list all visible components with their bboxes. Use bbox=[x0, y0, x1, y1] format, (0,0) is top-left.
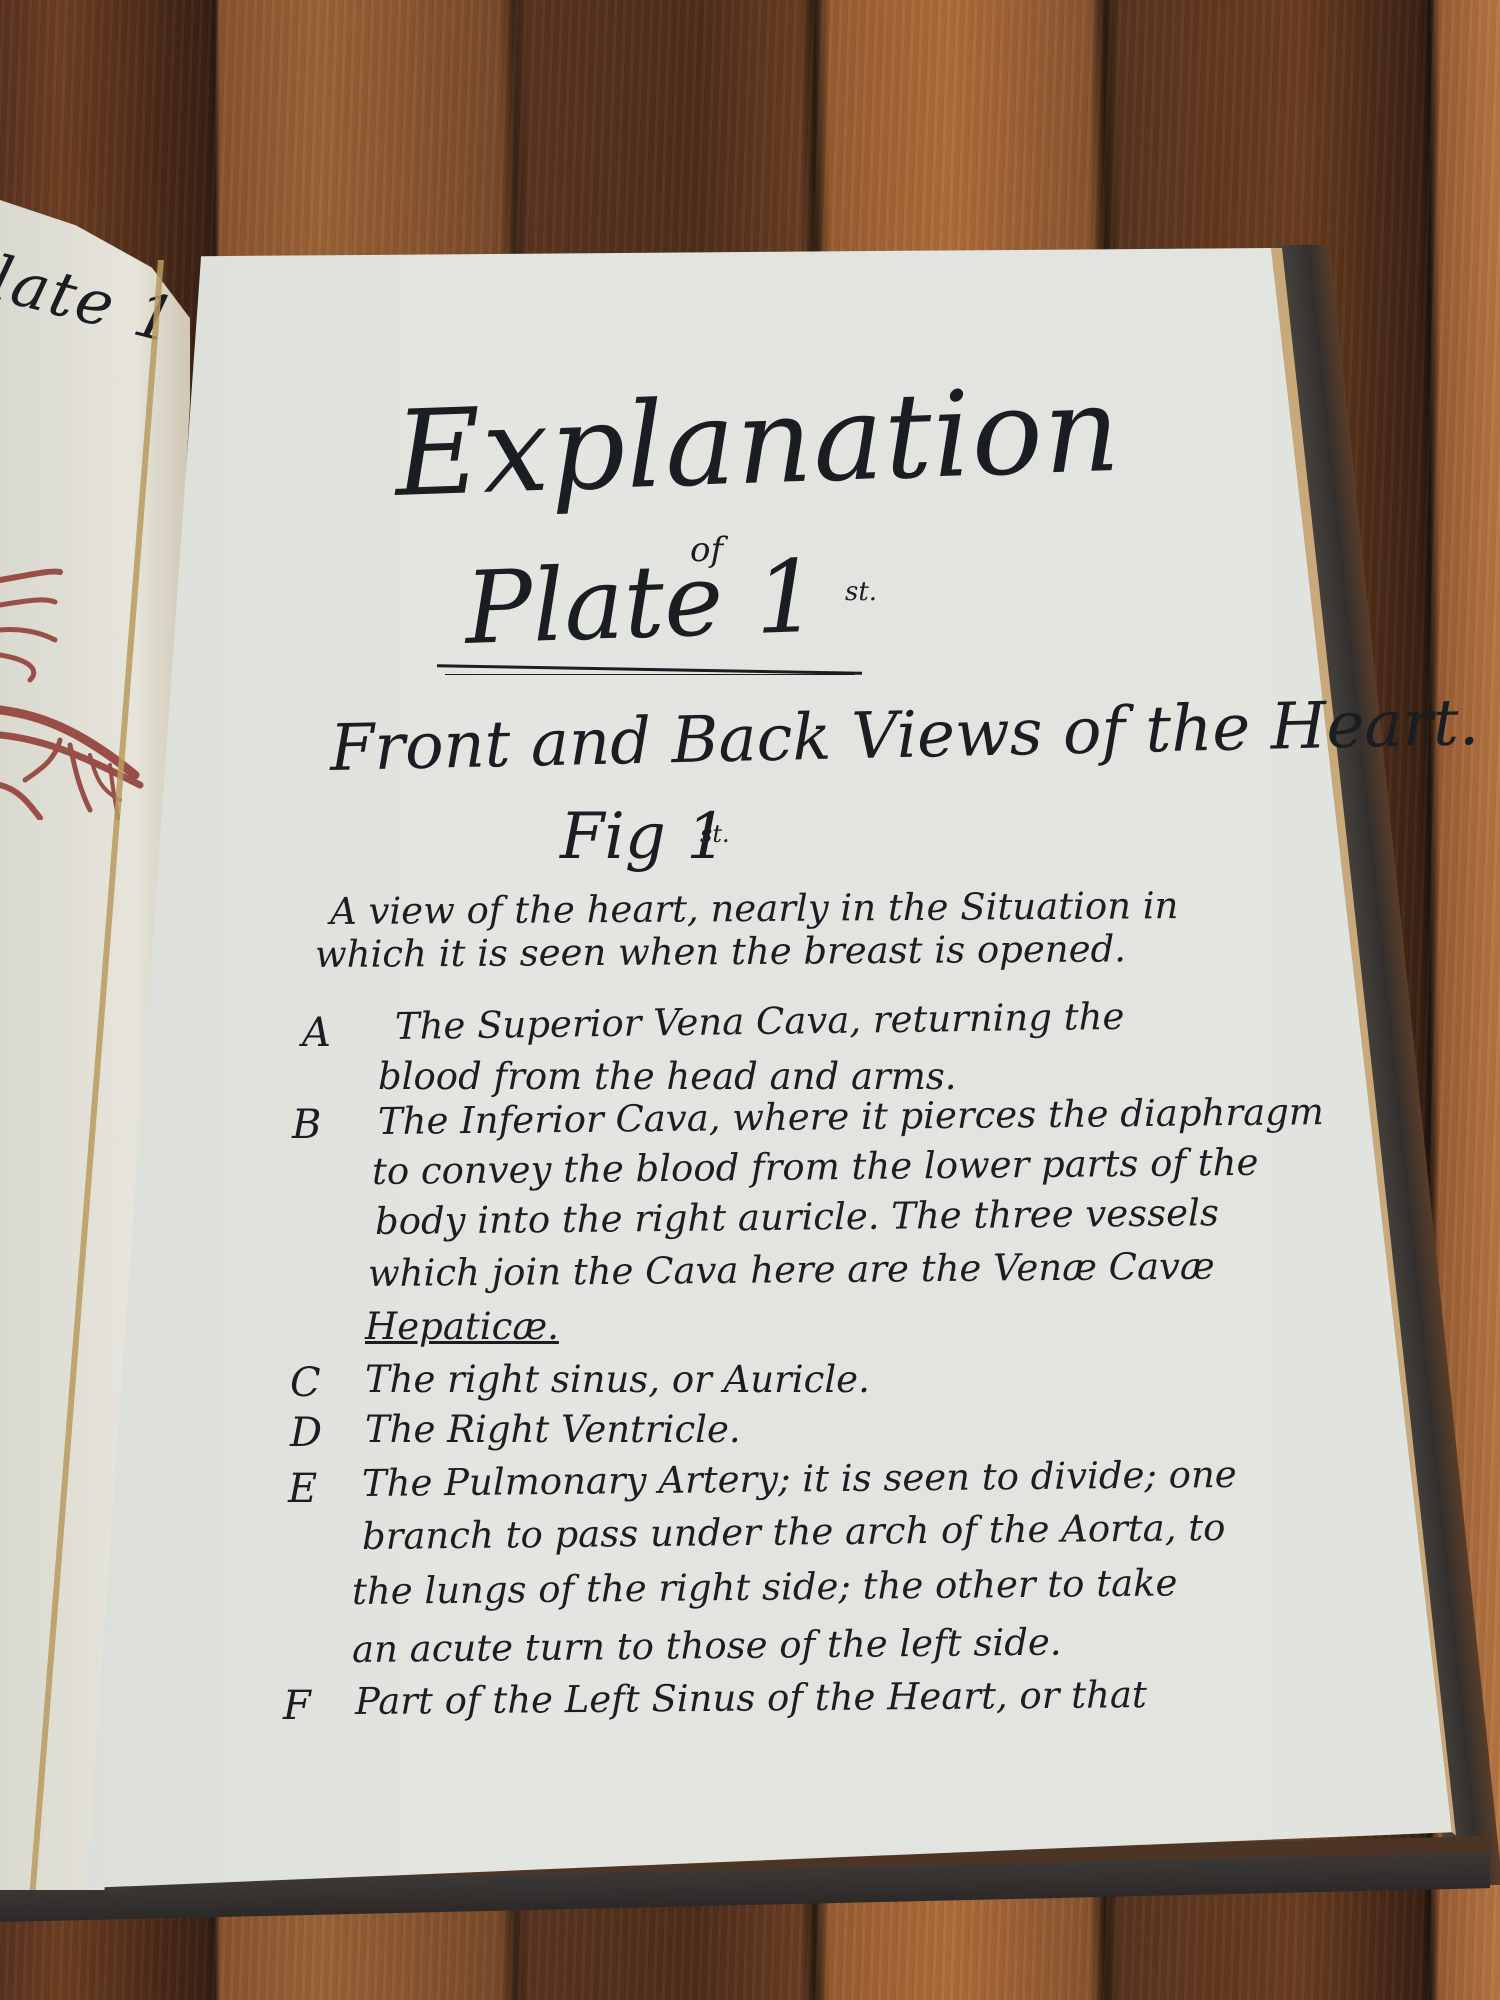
entry-letter-c: C bbox=[290, 1360, 321, 1406]
page-title: Explanation bbox=[393, 360, 1123, 523]
entry-b-line-5: Hepaticæ. bbox=[365, 1305, 559, 1348]
entry-b-line-4: which join the Cava here are the Venæ Ca… bbox=[368, 1245, 1215, 1295]
entry-e-line-4: an acute turn to those of the left side. bbox=[352, 1621, 1062, 1671]
figure-superscript: st. bbox=[700, 820, 730, 848]
entry-b-line-3: body into the right auricle. The three v… bbox=[375, 1191, 1219, 1243]
entry-letter-e: E bbox=[288, 1466, 317, 1512]
plate-heading: Plate 1 bbox=[463, 538, 821, 667]
entry-letter-d: D bbox=[290, 1410, 322, 1456]
intro-line-1: A view of the heart, nearly in the Situa… bbox=[330, 884, 1179, 933]
entry-f-line-1: Part of the Left Sinus of the Heart, or … bbox=[355, 1673, 1147, 1723]
entry-letter-f: F bbox=[283, 1683, 311, 1729]
entry-d-line-1: The Right Ventricle. bbox=[365, 1408, 741, 1451]
plate-superscript: st. bbox=[845, 577, 877, 607]
entry-a-line-2: blood from the head and arms. bbox=[378, 1055, 957, 1098]
entry-e-line-1: The Pulmonary Artery; it is seen to divi… bbox=[362, 1453, 1237, 1505]
title-underline-thin bbox=[445, 674, 855, 675]
entry-c-line-1: The right sinus, or Auricle. bbox=[365, 1358, 870, 1401]
entry-letter-a: A bbox=[302, 1010, 331, 1056]
entry-e-line-3: the lungs of the right side; the other t… bbox=[352, 1561, 1178, 1613]
intro-line-2: which it is seen when the breast is open… bbox=[315, 927, 1126, 976]
entry-e-line-2: branch to pass under the arch of the Aor… bbox=[362, 1506, 1226, 1558]
entry-letter-b: B bbox=[292, 1102, 321, 1148]
wooden-table-background: late 1 Explanation of Plate 1 st. Front … bbox=[0, 0, 1500, 2000]
